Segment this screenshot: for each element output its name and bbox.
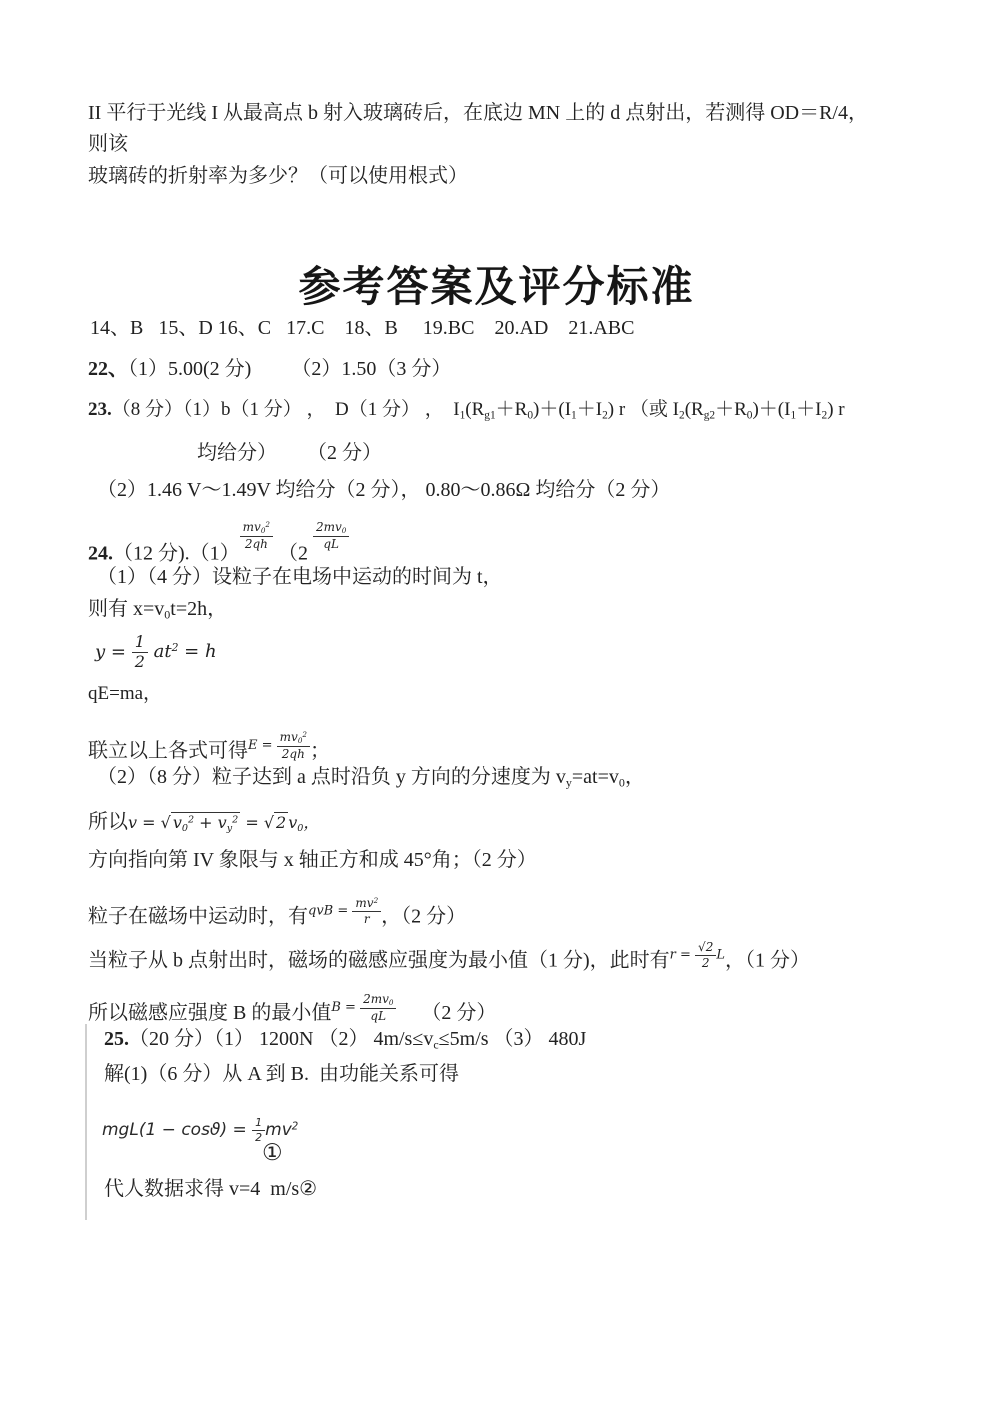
fraction-numerator: 2mv0 (313, 521, 349, 537)
radicand: 2 (274, 812, 288, 832)
q24-direction-line: 方向指向第 IV 象限与 x 轴正方和成 45°角；（2 分） (88, 848, 537, 873)
mag-text: 粒子在磁场中运动时，有 (88, 906, 308, 928)
q24-pre: （12 分).（1） (113, 543, 240, 565)
mc-answers: 14、B 15、D 16、C 17.C 18、B 19.BC 20.AD 21.… (90, 316, 635, 341)
q24-mid: （2 (273, 543, 313, 565)
q25-answer-head: 25.（20 分）（1） 1200N （2） 4m/s≤vc≤5m/s （3） … (104, 1027, 586, 1053)
q24-minB-line: 所以磁感应强度 B 的最小值B = 2mv0qL （2 分） (88, 993, 496, 1026)
eq-mid: = (240, 813, 264, 832)
eq-E: E = mv022qh (248, 731, 310, 760)
q22-answer: 22、（1）5.00(2 分) （2）1.50（3 分） (88, 357, 451, 382)
sqrt-sign: √ (264, 813, 274, 832)
fraction-denominator: qL (360, 1009, 396, 1023)
document-page: II 平行于光线 I 从最高点 b 射入玻璃砖后，在底边 MN 上的 d 点射出… (0, 0, 993, 1403)
q24-mag-line: 粒子在磁场中运动时，有qvB = mv2r，（2 分） (88, 897, 466, 930)
eq-pre: r = (670, 948, 695, 963)
eq-pre: B = (331, 1000, 360, 1015)
fraction-numerator: mv2 (352, 897, 381, 912)
eq-post: at2 = h (148, 641, 217, 662)
q25-text: （20 分）（1） 1200N （2） 4m/s≤vc≤5m/s （3） 480… (129, 1028, 586, 1050)
q25-final-line: 代人数据求得 v=4 m/s② (104, 1177, 317, 1202)
q24-sol1-eq1: 则有 x=v0t=2h， (88, 597, 227, 623)
fraction-numerator: √2 (695, 941, 716, 956)
intro-line-3: 玻璃砖的折射率为多少？（可以使用根式） (88, 164, 468, 189)
intro-line-1: II 平行于光线 I 从最高点 b 射入玻璃砖后，在底边 MN 上的 d 点射出… (88, 101, 868, 126)
eq-B: B = 2mv0qL (331, 993, 396, 1022)
fraction: 12 (132, 634, 148, 671)
suoyi-text: 所以 (88, 811, 128, 833)
fraction-denominator: 2qh (277, 747, 310, 761)
fraction-denominator: r (352, 912, 381, 926)
q24-fraction-2: 2mv0qL (313, 521, 349, 550)
fraction-numerator: 1 (132, 634, 148, 653)
q24-sol1-head: （1）（4 分）设粒子在电场中运动的时间为 t， (97, 565, 503, 590)
fraction-denominator: 2qh (240, 537, 273, 551)
eq-r: r = √22L (670, 941, 725, 969)
eq-pre: qvB = (308, 904, 352, 919)
eq-post: mv2 (265, 1120, 298, 1140)
fraction-denominator: qL (313, 537, 349, 551)
fraction-numerator: 2mv0 (360, 993, 396, 1009)
fraction-numerator: mv02 (277, 731, 310, 747)
fraction: mv2r (352, 897, 381, 925)
q24-min-line: 当粒子从 b 点射出时，磁场的磁感应强度为最小值（1 分)，此时有r = √22… (88, 941, 810, 974)
q25-sol-head: 解(1)（6 分）从 A 到 B. 由功能关系可得 (104, 1062, 459, 1087)
eq-tail: ，（1 分） (725, 950, 810, 972)
eq-tail: ，（2 分） (381, 906, 466, 928)
eq-pre: E = (248, 738, 277, 753)
eq-after: L (716, 948, 725, 963)
answer-key-title: 参考答案及评分标准 (0, 262, 993, 315)
eq-tail: ； (310, 740, 330, 762)
q25-label: 25. (104, 1028, 129, 1050)
intro-line-2: 则该 (88, 132, 128, 157)
q23-part2: （2）1.46 V～1.49V 均给分（2 分）， 0.80～0.86Ω 均给分… (97, 478, 670, 503)
fraction-denominator: 2 (695, 956, 716, 970)
q22-text: （1）5.00(2 分) （2）1.50（3 分） (128, 358, 451, 380)
eq-tail: （2 分） (396, 1002, 496, 1024)
q24-eq-qe: qE=ma， (88, 682, 162, 706)
eq-post: v0， (288, 813, 319, 832)
sqrt-sign: √ (161, 813, 171, 832)
eq-pre: y = (95, 641, 132, 662)
lianli-text: 联立以上各式可得 (88, 740, 248, 762)
q23-answer: 23.（8 分）（1）b（1 分） ， D（1 分） ， I1(Rg1＋R0)＋… (88, 398, 845, 423)
equation-number-1: ① (262, 1139, 283, 1168)
fraction-denominator: 2 (132, 653, 148, 671)
q23-formula-text: （8 分）（1）b（1 分） ， D（1 分） ， I1(Rg1＋R0)＋(I1… (112, 399, 845, 420)
q24-label: 24. (88, 543, 113, 565)
table-border-remnant (85, 1024, 87, 1220)
eq-pre: mgL(1 − cosϑ) = (102, 1120, 252, 1140)
eq-v: v = √v02 + vy2 = √2v0， (128, 812, 319, 832)
fraction-numerator: 1 (252, 1117, 265, 1131)
fraction: 2mv0qL (360, 993, 396, 1022)
fraction-numerator: mv02 (240, 521, 273, 537)
eq-pre: v = (128, 813, 161, 832)
q23-continuation: 均给分） （2 分） (197, 441, 382, 466)
q24-lianli-line: 联立以上各式可得E = mv022qh； (88, 731, 330, 764)
q24-eq-v-line: 所以v = √v02 + vy2 = √2v0， (88, 810, 319, 835)
fraction: √22 (695, 941, 716, 969)
eq-qvb: qvB = mv2r (308, 897, 381, 925)
fraction: mv022qh (277, 731, 310, 760)
q23-label: 23. (88, 399, 112, 420)
minB-text: 所以磁感应强度 B 的最小值 (88, 1002, 331, 1024)
q24-eq-y: y = 12 at2 = h (95, 634, 217, 671)
min-text: 当粒子从 b 点射出时，磁场的磁感应强度为最小值（1 分)，此时有 (88, 950, 670, 972)
radicand: v02 + vy2 (171, 812, 240, 832)
q22-label: 22、 (88, 358, 128, 380)
q24-fraction-1: mv022qh (240, 521, 273, 550)
q24-sol2-head: （2）（8 分）粒子达到 a 点时沿负 y 方向的分速度为 vy=at=v0， (97, 765, 645, 791)
q24-answer-head: 24.（12 分).（1）mv022qh （2 2mv0qL (88, 521, 349, 567)
